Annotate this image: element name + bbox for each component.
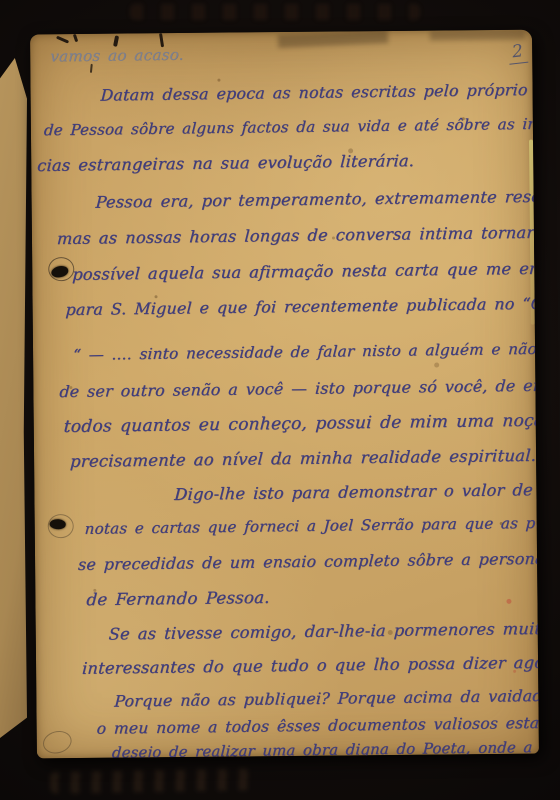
manuscript-page: 2 vamos ao acaso. Datam dessa epoca as n…: [30, 30, 539, 759]
manuscript-line: mas as nossas horas longas de conversa i…: [56, 222, 539, 248]
ghost-text-top: [130, 4, 420, 20]
stray-pen-mark: [90, 64, 93, 73]
manuscript-line: Datam dessa epoca as notas escritas pelo…: [100, 79, 539, 104]
manuscript-line: de Fernando Pessoa.: [86, 588, 271, 609]
manuscript-line: precisamente ao nível da minha realidade…: [70, 446, 539, 471]
paper-speckles: [30, 34, 33, 37]
manuscript-line: possível aquela sua afirmação nesta cart…: [72, 258, 539, 284]
stray-pen-mark: [56, 36, 69, 44]
manuscript-line: todos quantos eu conheço, possui de mim …: [63, 411, 539, 437]
underlying-page-edge: [0, 58, 27, 738]
manuscript-line: “ — .... sinto necessidade de falar nist…: [73, 339, 539, 364]
ink-smudge: [430, 30, 525, 41]
stray-pen-mark: [113, 35, 119, 47]
manuscript-line: para S. Miguel e que foi recentemente pu…: [65, 293, 539, 319]
page-number: 2: [507, 41, 528, 65]
manuscript-line: Porque não as publiquei? Porque acima da…: [114, 685, 539, 711]
manuscript-line: interessantes do que tudo o que lho poss…: [81, 652, 538, 677]
manuscript-line: Pessoa era, por temperamento, extremamen…: [95, 186, 539, 212]
manuscript-line: vamos ao acaso.: [50, 46, 185, 66]
manuscript-line: cias estrangeiras na sua evolução literá…: [37, 151, 415, 175]
pencil-circle-mark: [41, 728, 75, 757]
ink-smudge: [278, 30, 388, 48]
manuscript-line: desejo de realizar uma obra digna do Poe…: [111, 738, 539, 759]
stray-pen-mark: [73, 34, 78, 43]
scanned-document: 2 vamos ao acaso. Datam dessa epoca as n…: [0, 0, 560, 800]
manuscript-line: notas e cartas que forneci a Joel Serrão…: [84, 513, 539, 538]
manuscript-line: se precedidas de um ensaio completo sôbr…: [77, 548, 538, 574]
manuscript-line: Se as tivesse comigo, dar-lhe-ia pormeno…: [108, 618, 539, 643]
ghost-text-bottom: [50, 768, 250, 793]
manuscript-line: o meu nome a todos êsses documentos vali…: [96, 713, 539, 738]
manuscript-line: de ser outro senão a você — isto porque …: [59, 375, 539, 401]
manuscript-line: Digo-lhe isto para demonstrar o valor de…: [174, 479, 539, 504]
manuscript-line: de Pessoa sôbre alguns factos da sua vid…: [43, 114, 539, 139]
